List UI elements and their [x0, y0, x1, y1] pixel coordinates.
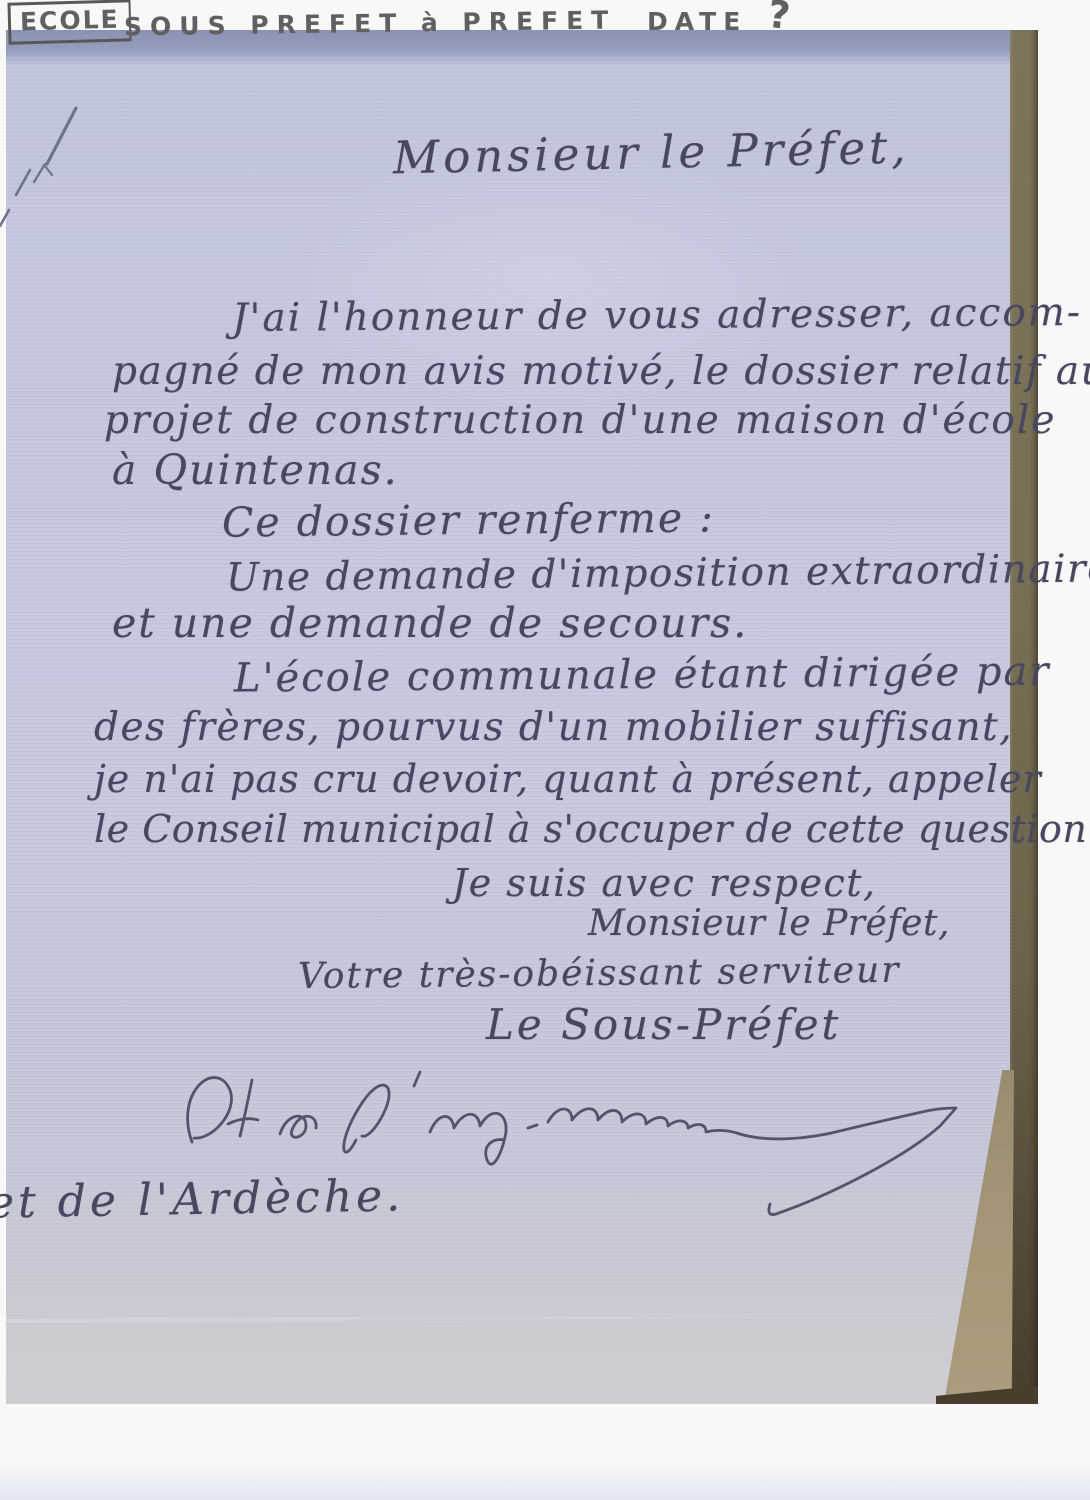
annotation-question-mark: ? — [766, 0, 793, 38]
body-line: à Quintenas. — [112, 450, 399, 491]
letter-text: Monsieur le Préfet, J'ai l'honneur de vo… — [0, 0, 1090, 1500]
body-line: pagné de mon avis motivé, le dossier rel… — [112, 352, 1090, 391]
body-line: et une demande de secours. — [112, 603, 748, 644]
annotation-date-label: DATE — [647, 7, 747, 36]
body-line: des frères, pourvus d'un mobilier suffis… — [94, 708, 1013, 747]
body-line: J'ai l'honneur de vous adresser, accom- — [232, 293, 1082, 338]
annotation-boxed-word: ECOLE — [7, 0, 131, 45]
closing-line: Monsieur le Préfet, — [588, 906, 950, 942]
archivist-annotation: ECOLE SOUS PREFET à PREFET DATE ? — [0, 0, 1090, 60]
body-line: je n'ai pas cru devoir, quant à présent,… — [94, 760, 1042, 798]
salutation-line: Monsieur le Préfet, — [393, 125, 910, 181]
closing-line: Le Sous-Préfet — [486, 1004, 841, 1046]
closing-line: Votre très-obéissant serviteur — [298, 953, 901, 995]
pencil-marks — [0, 98, 100, 258]
body-line: Ce dossier renferme : — [222, 497, 715, 543]
body-line: le Conseil municipal à s'occuper de cett… — [94, 810, 1090, 848]
annotation-route-label: SOUS PREFET à PREFET — [124, 6, 617, 42]
body-line: Une demande d'imposition extraordinaire — [226, 549, 1090, 597]
closing-line: Je suis avec respect, — [452, 864, 877, 902]
body-line: L'école communale étant dirigée par — [234, 651, 1051, 698]
body-line: projet de construction d'une maison d'éc… — [104, 401, 1056, 440]
signature-flourish — [160, 1046, 970, 1226]
scanned-letter-page: ECOLE SOUS PREFET à PREFET DATE ? Monsie… — [0, 0, 1090, 1500]
